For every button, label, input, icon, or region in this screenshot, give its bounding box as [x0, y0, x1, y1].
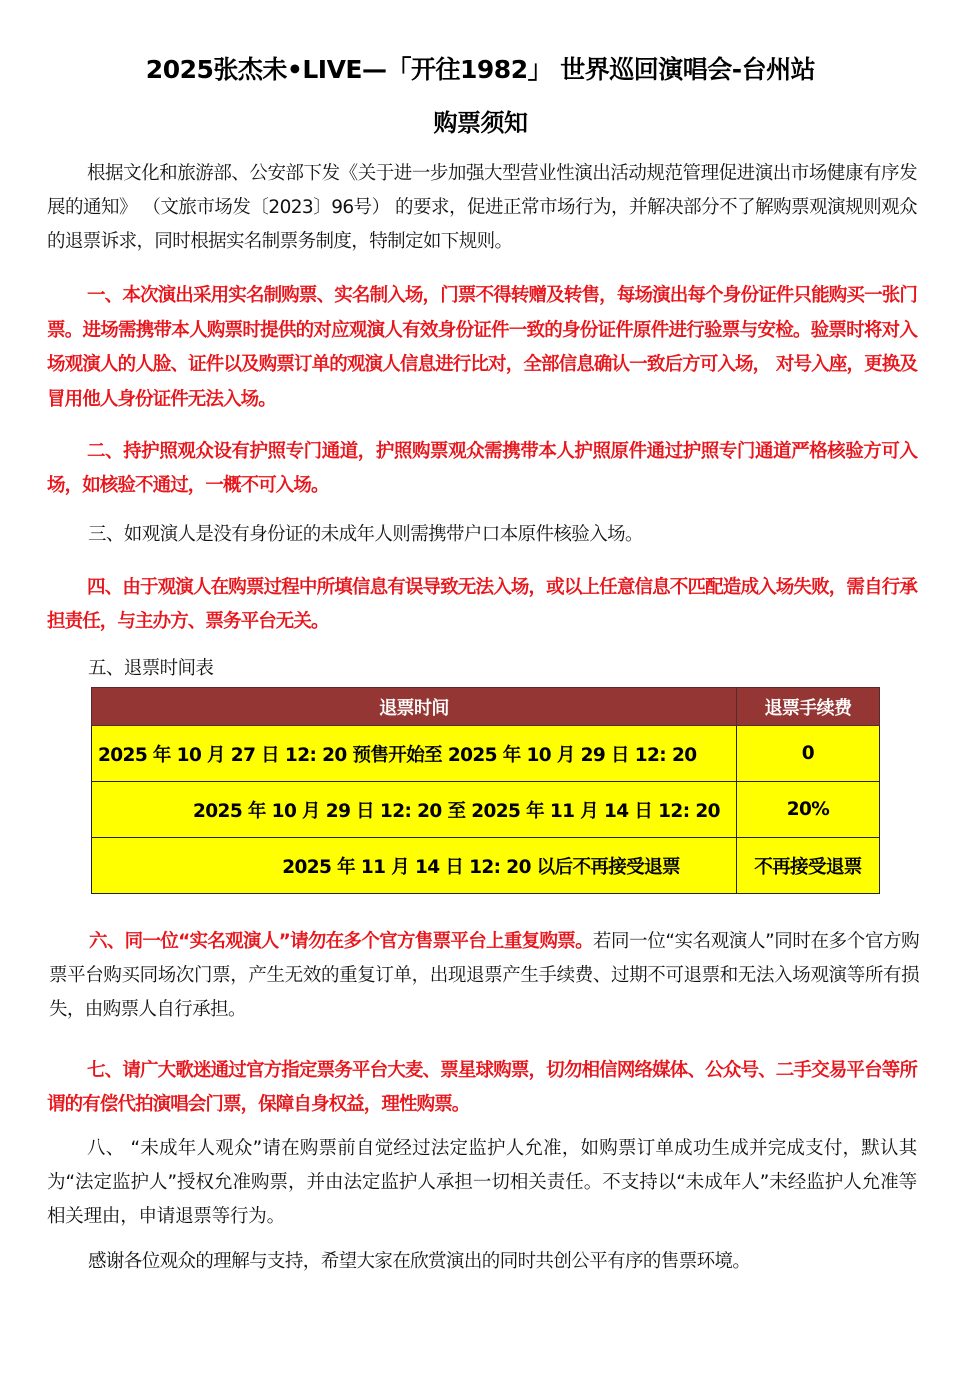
- closing-paragraph: 感谢各位观众的理解与支持，希望大家在欣赏演出的同时共创公平有序的售票环境。: [88, 1245, 958, 1279]
- rule-5-heading: 五、退票时间表: [88, 652, 958, 686]
- intro-paragraph: 根据文化和旅游部、公安部下发《关于进一步加强大型营业性演出活动规范管理促进演出市…: [47, 157, 917, 259]
- table-row: 2025 年 10 月 27 日 12: 20 预售开始至 2025 年 10 …: [92, 726, 880, 782]
- refund-time-cell: 2025 年 11 月 14 日 12: 20 以后不再接受退票: [92, 838, 737, 894]
- rule-2: 二、持护照观众设有护照专门通道，护照购票观众需携带本人护照原件通过护照专门通道严…: [47, 435, 917, 503]
- document-title: 2025张杰未•LIVE—「开往1982」 世界巡回演唱会-台州站: [0, 50, 961, 86]
- header-refund-time: 退票时间: [92, 688, 737, 726]
- table-row: 2025 年 11 月 14 日 12: 20 以后不再接受退票 不再接受退票: [92, 838, 880, 894]
- rule-8: 八、 “未成年人观众”请在购票前自觉经过法定监护人允准，如购票订单成功生成并完成…: [47, 1132, 917, 1234]
- rule-7: 七、请广大歌迷通过官方指定票务平台大麦、票星球购票，切勿相信网络媒体、公众号、二…: [47, 1054, 917, 1122]
- rule-4: 四、由于观演人在购票过程中所填信息有误导致无法入场，或以上任意信息不匹配造成入场…: [47, 571, 917, 639]
- document-subtitle: 购票须知: [0, 103, 961, 138]
- refund-fee-cell: 20%: [736, 782, 879, 838]
- rule-3: 三、如观演人是没有身份证的未成年人则需携带户口本原件核验入场。: [88, 518, 958, 552]
- table-row: 2025 年 10 月 29 日 12: 20 至 2025 年 11 月 14…: [92, 782, 880, 838]
- document-page: 2025张杰未•LIVE—「开往1982」 世界巡回演唱会-台州站 购票须知 根…: [0, 0, 961, 1376]
- rule-1: 一、本次演出采用实名制购票、实名制入场，门票不得转赠及转售，每场演出每个身份证件…: [47, 279, 917, 417]
- table-header-row: 退票时间 退票手续费: [92, 688, 880, 726]
- refund-fee-cell: 不再接受退票: [736, 838, 879, 894]
- rule-6: 六、同一位“实名观演人”请勿在多个官方售票平台上重复购票。若同一位“实名观演人”…: [49, 925, 919, 1027]
- refund-fee-cell: 0: [736, 726, 879, 782]
- refund-schedule-table: 退票时间 退票手续费 2025 年 10 月 27 日 12: 20 预售开始至…: [91, 687, 880, 894]
- rule-6-emphasis: 六、同一位“实名观演人”请勿在多个官方售票平台上重复购票。: [89, 931, 593, 952]
- refund-time-cell: 2025 年 10 月 29 日 12: 20 至 2025 年 11 月 14…: [92, 782, 737, 838]
- refund-time-cell: 2025 年 10 月 27 日 12: 20 预售开始至 2025 年 10 …: [92, 726, 737, 782]
- header-refund-fee: 退票手续费: [736, 688, 879, 726]
